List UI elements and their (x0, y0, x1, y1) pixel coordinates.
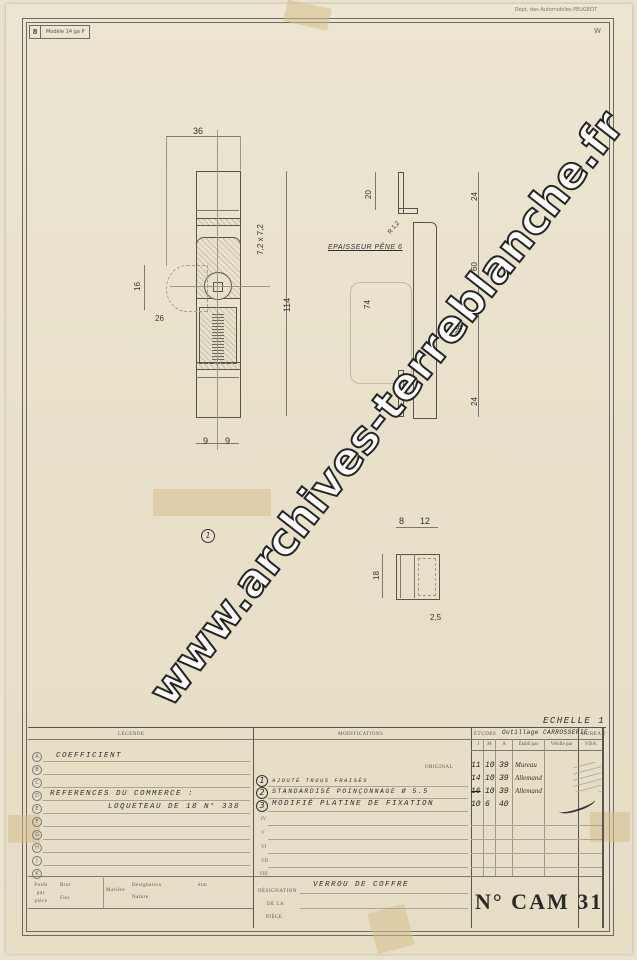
dim-side-right-bottom: 24 (470, 397, 479, 406)
mod-num-1: 1 (256, 775, 268, 787)
legend-letter-f: F (32, 817, 42, 827)
legend-letter-g: G (32, 830, 42, 840)
bureau-header: BUREAU (582, 732, 606, 737)
designation-label-2: DE LA (267, 902, 284, 907)
etudes-header: ÉTUDES (474, 732, 496, 737)
weight-label: Poids par pièce (32, 882, 50, 906)
dim-side-top: 20 (364, 190, 373, 199)
col-a: A (496, 742, 512, 747)
date-m-2: 10 (485, 787, 495, 796)
designation-label-1: DÉSIGNATION (258, 889, 297, 894)
material-nature: Nature (132, 895, 149, 900)
col-verifie: Vérifié par (545, 742, 578, 747)
legend-letter-k: K (32, 869, 42, 879)
model-box: 8 Modèle 14 ga P (29, 25, 90, 39)
designation-label-3: PIÈCE (266, 915, 282, 920)
date-j-1: 14 (471, 774, 481, 783)
dim-side-right-top: 24 (470, 192, 479, 201)
legend-loqueteau: LOQUETEAU DE 18 N° 338 (108, 803, 240, 811)
scale-label: ECHELLE 1 (543, 716, 605, 726)
side-note: EPAISSEUR PÊNE 6 (328, 244, 402, 251)
mod-text-3: MODIFIÉ PLATINE DE FIXATION (272, 800, 434, 808)
material-designation: Désignation (132, 883, 162, 888)
legend-letter-d: D (32, 791, 42, 801)
legend-letter-a: A (32, 752, 42, 762)
mod-num-vii: VII (261, 859, 268, 864)
mod-num-v: V (261, 831, 265, 836)
etabli-2: Allemand (515, 787, 542, 795)
weight-fini: Fini (60, 896, 70, 901)
date-a-1: 39 (499, 774, 509, 783)
dim-left: 16 (133, 282, 142, 291)
etabli-1: Allemand (515, 774, 542, 782)
mod-num-iv: IV (261, 817, 266, 822)
col-visa: VISA (579, 742, 602, 747)
material-etat: état (198, 883, 207, 888)
legend-header: LÉGENDE (118, 732, 145, 737)
etabli-0: Mureau (515, 761, 537, 769)
visa-signature (557, 794, 597, 816)
date-a-0: 39 (499, 761, 509, 770)
date-j-0: 11 (471, 761, 481, 770)
dim-height: 114 (282, 298, 292, 312)
date-a-3: 40 (499, 800, 509, 809)
legend-letter-h: H (32, 843, 42, 853)
date-m-3: 6 (485, 800, 490, 809)
dim-small-offset: 2,5 (430, 613, 441, 622)
legend-letter-b: B (32, 765, 42, 775)
mod-num-vi: VI (261, 845, 266, 850)
legend-letter-c: C (32, 778, 42, 788)
date-j-3: 10 (471, 800, 481, 809)
dim-small-a: 8 (399, 516, 404, 526)
corner-mark: W (594, 27, 601, 35)
publisher-label: Dept. des Automobiles PEUGEOT (515, 7, 597, 13)
date-m-1: 10 (485, 774, 495, 783)
modifications-header: MODIFICATIONS (338, 732, 383, 737)
model-label: Modèle 14 ga P (41, 26, 89, 38)
mod-num-3: 3 (256, 800, 268, 812)
dim-small-b: 12 (420, 516, 430, 526)
legend-references: REFERENCES DU COMMERCE : (50, 790, 194, 798)
designation-value: VERROU DE COFFRE (313, 881, 409, 889)
date-j-2: 16 (471, 787, 481, 796)
col-etabli: Établi par (513, 742, 544, 747)
mod-text-1: AJOUTÉ TROUS FRAISÉS (272, 777, 368, 784)
mod-num-2: 2 (256, 787, 268, 799)
date-a-2: 39 (499, 787, 509, 796)
material-label: Matière (106, 888, 125, 893)
dim-small-height: 18 (372, 571, 381, 580)
dim-hole: 7,2 x 7,2 (256, 224, 265, 255)
col-m: M (484, 742, 495, 747)
legend-letter-j: J (32, 856, 42, 866)
etudes-department: Outillage CARROSSERIE (502, 729, 588, 736)
col-j: J (474, 742, 483, 747)
dim-side-mid: 74 (363, 300, 372, 309)
visa-signatures-faded (573, 762, 601, 792)
dim-bottom-left: 9 (203, 436, 208, 446)
weight-brut: Brut (60, 883, 71, 888)
tape-label (153, 489, 271, 516)
dim-radius: 26 (155, 314, 164, 323)
drawing-number: N° CAM 31 (475, 889, 603, 915)
mod-text-2: STANDARDISÉ POINÇONNAGE Ø 5.5 (272, 788, 429, 795)
original-label: ORIGINAL (425, 765, 453, 770)
legend-coefficient: COEFFICIENT (56, 752, 122, 760)
title-block: LÉGENDE MODIFICATIONS ÉTUDES Outillage C… (28, 727, 606, 928)
dim-width: 36 (193, 126, 203, 136)
legend-letter-e: E (32, 804, 42, 814)
date-m-0: 10 (485, 761, 495, 770)
dim-bottom-right: 9 (225, 436, 230, 446)
model-number: 8 (30, 26, 41, 38)
part-callout: 1 (201, 529, 215, 543)
